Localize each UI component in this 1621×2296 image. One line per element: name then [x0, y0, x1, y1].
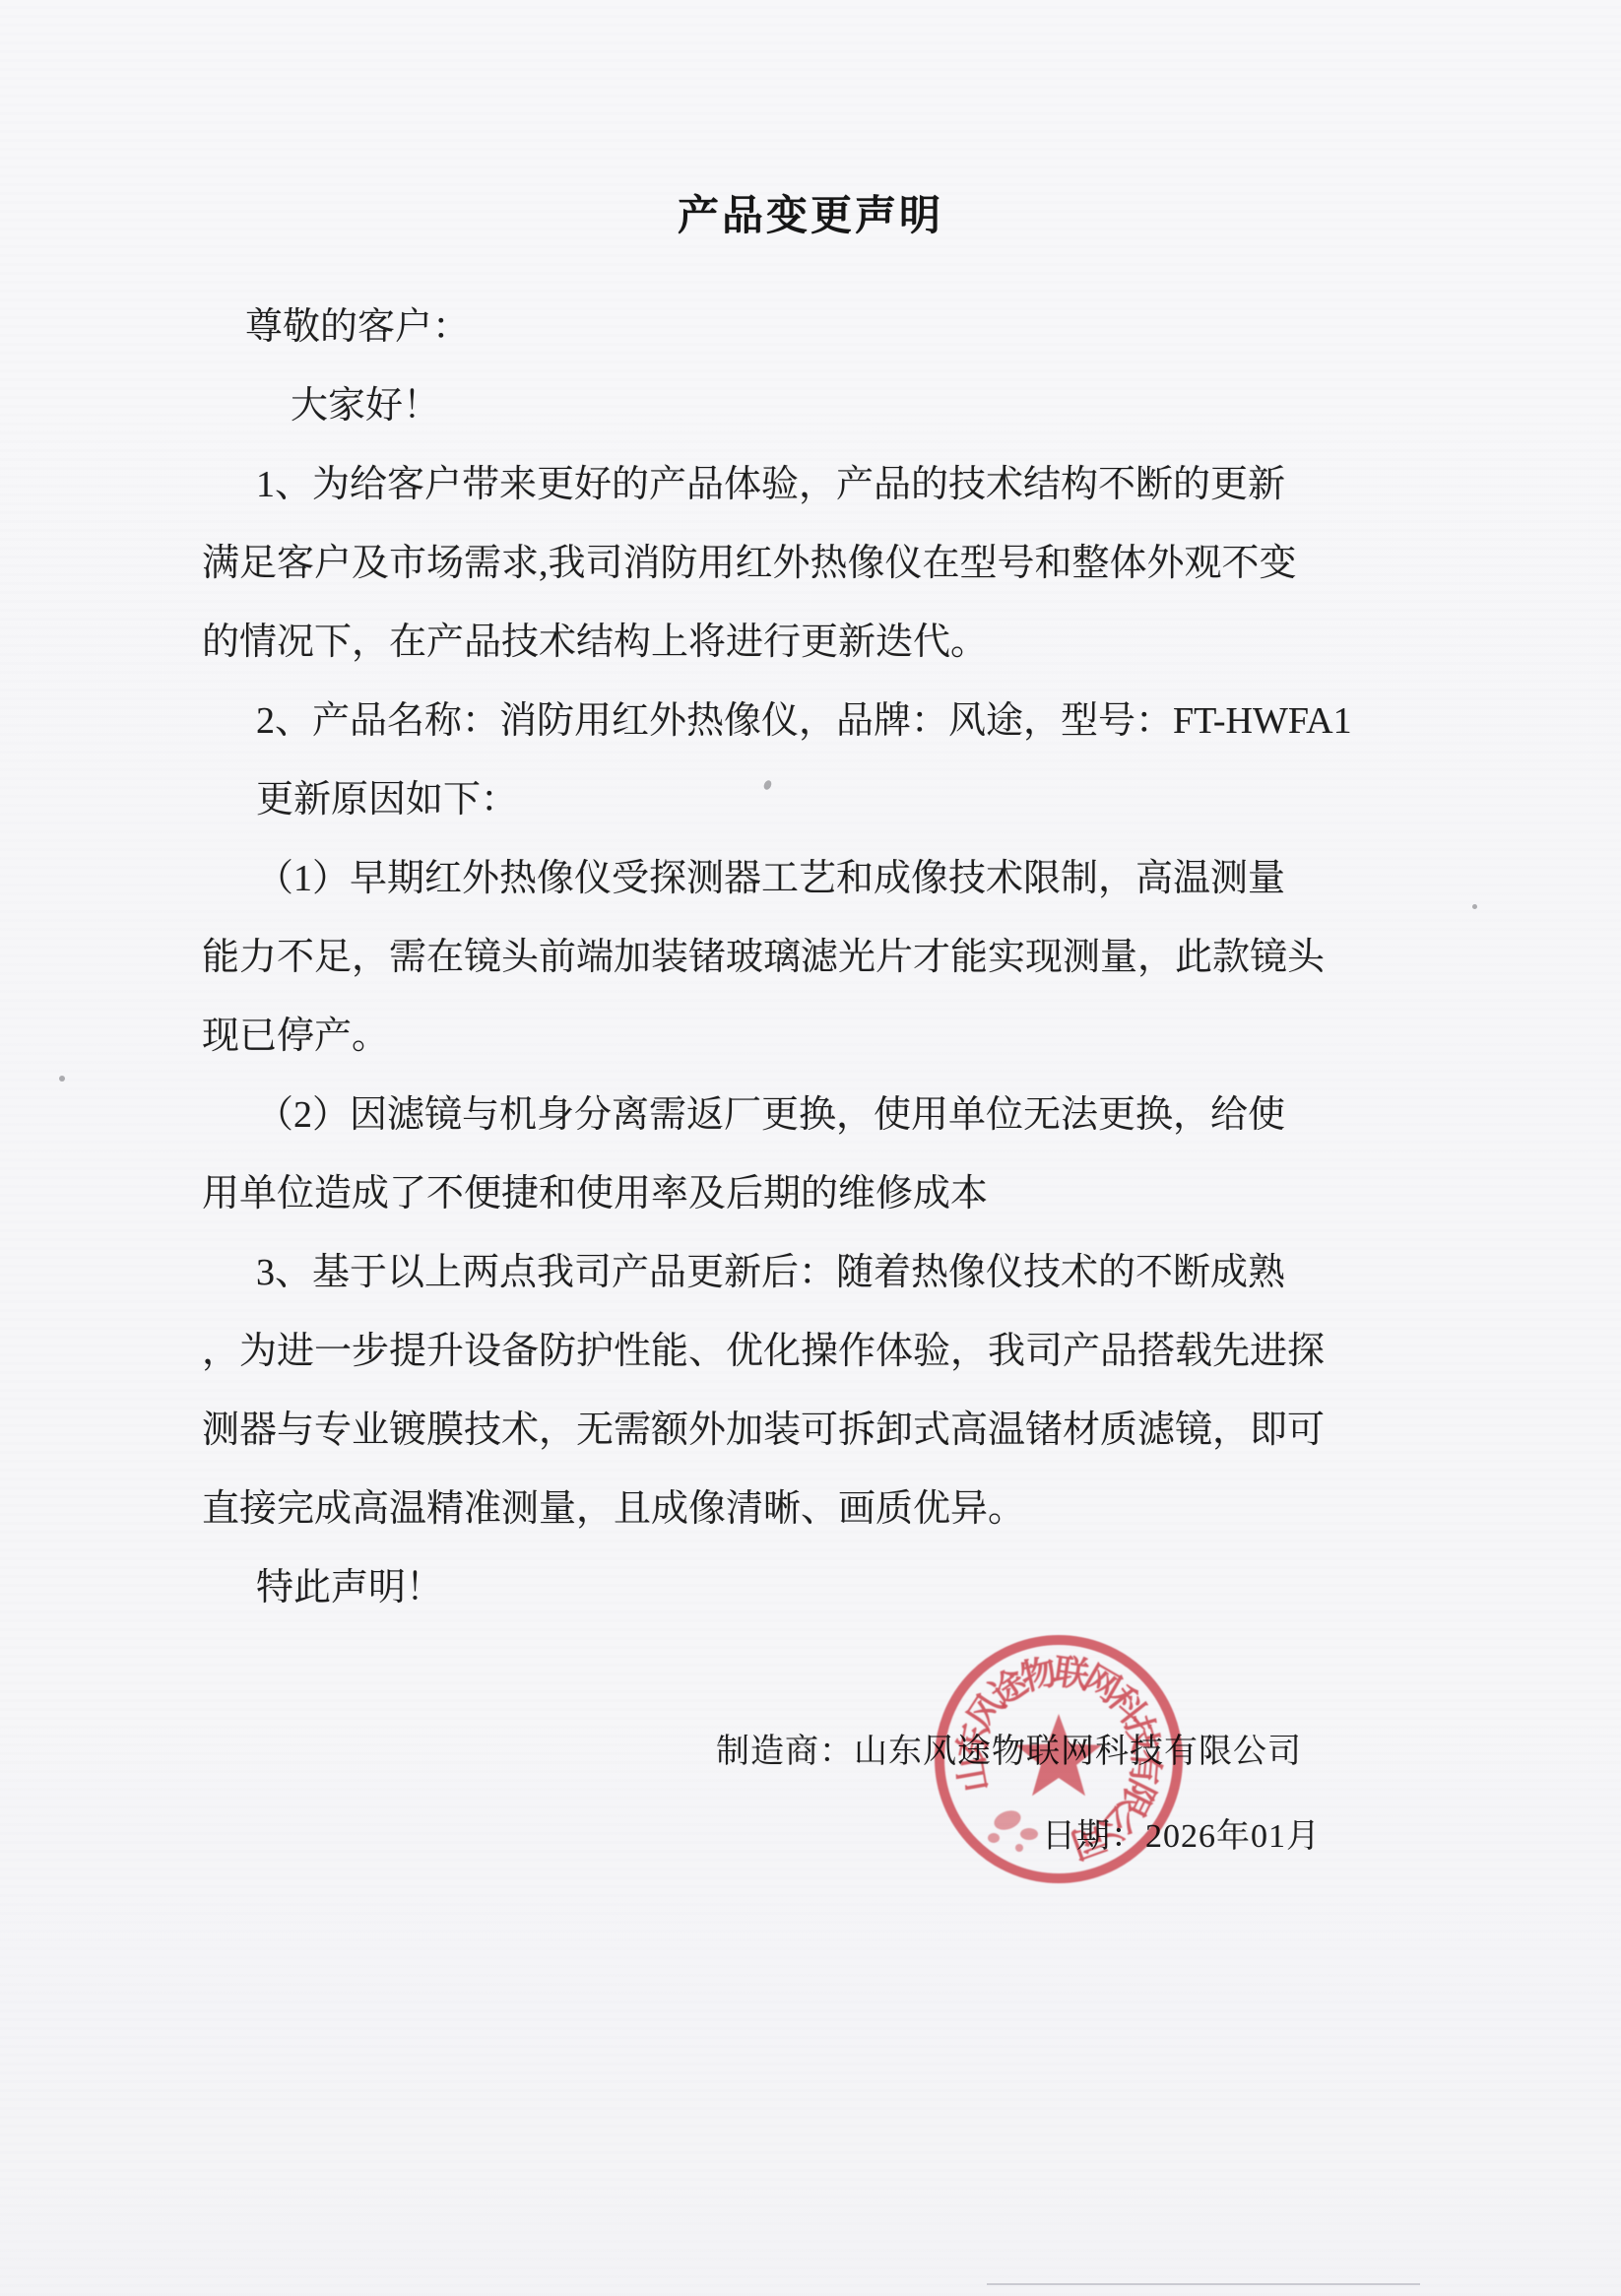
text-line: 现已停产。	[202, 997, 1307, 1076]
paragraph: 3、基于以上两点我司产品更新后：随着热像仪技术的不断成熟，为进一步提升设备防护性…	[202, 1233, 1307, 1548]
text-line: 满足客户及市场需求,我司消防用红外热像仪在型号和整体外观不变	[202, 524, 1307, 603]
text-line: 用单位造成了不便捷和使用率及后期的维修成本	[202, 1154, 1307, 1233]
paragraph: 更新原因如下：	[202, 760, 1307, 839]
paragraph: 1、为给客户带来更好的产品体验，产品的技术结构不断的更新满足客户及市场需求,我司…	[202, 445, 1307, 682]
ink-smudge	[988, 1807, 1038, 1852]
document-body: 尊敬的客户： 大家好！ 1、为给客户带来更好的产品体验，产品的技术结构不断的更新…	[202, 288, 1307, 1627]
paragraph: （2）因滤镜与机身分离需返厂更换，使用单位无法更换，给使用单位造成了不便捷和使用…	[202, 1076, 1307, 1233]
text-line: 的情况下，在产品技术结构上将进行更新迭代。	[202, 603, 1307, 682]
paragraph: （1）早期红外热像仪受探测器工艺和成像技术限制，高温测量能力不足，需在镜头前端加…	[202, 839, 1307, 1076]
text-line: （2）因滤镜与机身分离需返厂更换，使用单位无法更换，给使	[202, 1076, 1307, 1154]
text-line: 直接完成高温精准测量，且成像清晰、画质优异。	[202, 1470, 1307, 1548]
text-line: 测器与专业镀膜技术，无需额外加装可拆卸式高温锗材质滤镜，即可	[202, 1391, 1307, 1470]
text-line: ，为进一步提升设备防护性能、优化操作体验，我司产品搭载先进探	[202, 1312, 1307, 1391]
text-line: 1、为给客户带来更好的产品体验，产品的技术结构不断的更新	[202, 445, 1307, 524]
text-line: 特此声明！	[202, 1548, 1307, 1627]
company-seal-stamp: 山东风途物联网科技有限公司	[920, 1620, 1198, 1898]
text-line: 能力不足，需在镜头前端加装锗玻璃滤光片才能实现测量，此款镜头	[202, 918, 1307, 997]
text-line: 3、基于以上两点我司产品更新后：随着热像仪技术的不断成熟	[202, 1233, 1307, 1312]
paragraphs-container: 1、为给客户带来更好的产品体验，产品的技术结构不断的更新满足客户及市场需求,我司…	[202, 445, 1307, 1627]
text-line: 更新原因如下：	[202, 760, 1307, 839]
star-icon	[1015, 1714, 1101, 1796]
paragraph: 特此声明！	[202, 1548, 1307, 1627]
paragraph: 2、产品名称：消防用红外热像仪，品牌：风途，型号：FT-HWFA1	[202, 682, 1307, 760]
ink-speck	[1472, 904, 1477, 909]
scan-artifact-line	[987, 2283, 1420, 2285]
text-line: 2、产品名称：消防用红外热像仪，品牌：风途，型号：FT-HWFA1	[202, 682, 1307, 760]
greeting-line: 大家好！	[202, 366, 1307, 445]
page-title: 产品变更声明	[0, 183, 1621, 242]
text-line: （1）早期红外热像仪受探测器工艺和成像技术限制，高温测量	[202, 839, 1307, 918]
ink-speck	[59, 1076, 65, 1082]
scanned-document-page: 产品变更声明 尊敬的客户： 大家好！ 1、为给客户带来更好的产品体验，产品的技术…	[0, 0, 1621, 2296]
salutation-line: 尊敬的客户：	[202, 288, 1307, 366]
